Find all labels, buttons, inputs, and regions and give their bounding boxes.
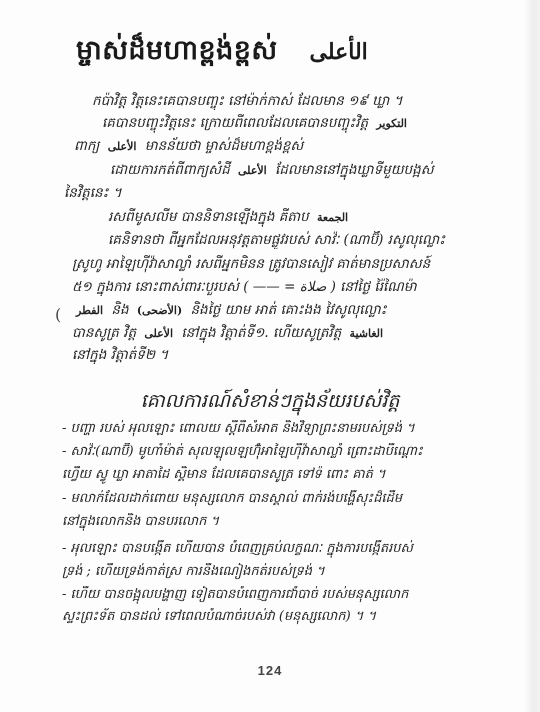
bullet-text: - ហើយ បានចង្អុលបង្ហាញ ទៀតបានបំពេញការជាំប… — [62, 587, 408, 602]
intro-line: នៅក្នុង វិត្តាត់ទី២ ។ — [72, 346, 322, 364]
intro-line: រសពីមូសលីម បាននិទានឡើងក្នុង គីតាប الجمعة — [108, 208, 508, 227]
intro-line-text: គេបានបញ្ចុះវិត្តនេះ ក្រោយពីពេលដែលគេបានបញ… — [102, 115, 368, 131]
bullet-text: - បញ្ហា របស់ អុលឡោះ ពោលយ ស្ដីពីសំអាត និង… — [62, 421, 415, 436]
bullet-item: នៅក្នុងលោកនិង បានបរលោក ។ — [62, 513, 524, 531]
bullet-text: - អុលឡោះ បានបង្កើត ហើយបាន បំពេញគ្រប់លក្ខ… — [62, 541, 413, 556]
intro-line-text: ៥១ ក្នុងការ នោះពាស់ពារៈបួរបស់ ( —— = صلا… — [72, 279, 417, 295]
intro-line: នៃវិត្តនេះ ។ — [64, 184, 264, 202]
bullet-text: ហ្វើយ ស្វូ ឃ្លា អាតាដៃ ស្គិមាន ដែលគេបានស… — [62, 467, 386, 482]
arabic-word: الأعلى — [144, 327, 173, 340]
arabic-word: الغاشية — [350, 327, 384, 340]
intro-line-text: រសពីមូសលីម បាននិទានឡើងក្នុង គីតាប — [108, 209, 309, 225]
arabic-word: الجمعة — [317, 211, 348, 224]
intro-line-text: នៅក្នុង វិត្តាត់ទី១. ហើយសូត្រវិត្ត — [181, 325, 341, 341]
bullet-item: ទ្រង់ ; ហើយទ្រង់កាត់ស្រ ការនឹងណៀងកត់របស់… — [62, 563, 524, 581]
intro-line-text: មានន័យថា ម្ចាស់ដ៏មហាខ្ពង់ខ្ពស់ — [145, 138, 304, 154]
bullet-item: - សាវ៉ៈ(ណាប៊ី) មូហាំម៉ាត់ សុលឡុលឡហ៊ុំអាឡ… — [62, 443, 524, 461]
intro-line-text: និងថ្ងៃ យាម អាត់ គោះងង វៃសូលុល្លោះ — [190, 302, 386, 318]
intro-line: ៥១ ក្នុងការ នោះពាស់ពារៈបួរបស់ ( —— = صلا… — [72, 278, 528, 296]
intro-line-text: ស្រូហូ អាឡៃហ៊ីវ៉ាសាល្លាំ រសពីអ្នកមិនន ត្… — [72, 256, 430, 272]
scanned-page: ម្ចាស់ដ៏មហាខ្ពង់ខ្ពស់ الأعلى កប៉ាវិត្ត វ… — [0, 0, 540, 712]
arabic-word: الفطر — [76, 304, 103, 317]
bullet-text: - មលាក់ដែលដាក់ពោយ មនុស្សលោក បានស្គាល់ ពា… — [62, 491, 402, 506]
intro-line: الفطر និង (الأضحى) និងថ្ងៃ យាម អាត់ គោះង… — [72, 301, 528, 320]
intro-line-text: និង — [111, 302, 132, 318]
bullet-item: - បញ្ហា របស់ អុលឡោះ ពោលយ ស្ដីពីសំអាត និង… — [62, 420, 524, 438]
bullet-item: - ហើយ បានចង្អុលបង្ហាញ ទៀតបានបំពេញការជាំប… — [62, 586, 524, 604]
intro-line-text: ពាក្យ — [74, 138, 99, 154]
intro-line: គេបានបញ្ចុះវិត្តនេះ ក្រោយពីពេលដែលគេបានបញ… — [102, 114, 522, 133]
bullet-text: នៅក្នុងលោកនិង បានបរលោក ។ — [62, 514, 219, 529]
intro-line-text: កប៉ាវិត្ត វិត្តនេះគេបានបញ្ចុះ នៅម៉ាក់កាស… — [92, 93, 403, 109]
intro-line-text: ដោយការកត់ពីពាក្យសំដី — [110, 162, 230, 178]
bullet-text: - សាវ៉ៈ(ណាប៊ី) មូហាំម៉ាត់ សុលឡុលឡហ៊ុំអាឡ… — [62, 444, 423, 459]
section-heading: គោលការណ៍សំខាន់ៗក្នុងន័យរបស់វិត្ត — [0, 389, 540, 417]
title-khmer: ម្ចាស់ដ៏មហាខ្ពង់ខ្ពស់ — [76, 35, 278, 66]
bullet-text: ស្ទះព្រះទ័ត បានដល់ ទៅពេលបំណាច់របស់វា (មន… — [62, 609, 376, 624]
intro-line-text: បានសូត្រ វិត្ត — [72, 325, 136, 341]
intro-line-text: នៃវិត្តនេះ ។ — [64, 185, 122, 201]
intro-line-text: នៅក្នុង វិត្តាត់ទី២ ។ — [72, 347, 168, 363]
margin-mark: ( — [55, 305, 61, 324]
bullet-item: - អុលឡោះ បានបង្កើត ហើយបាន បំពេញគ្រប់លក្ខ… — [62, 540, 524, 558]
arabic-word: الأعلى — [238, 164, 267, 177]
bullet-item: ហ្វើយ ស្វូ ឃ្លា អាតាដៃ ស្គិមាន ដែលគេបានស… — [62, 466, 524, 484]
title-arabic: الأعلى — [310, 39, 368, 65]
bullet-item: ស្ទះព្រះទ័ត បានដល់ ទៅពេលបំណាច់របស់វា (មន… — [62, 608, 524, 626]
arabic-word: الأعلى — [108, 140, 137, 153]
intro-line: ដោយការកត់ពីពាក្យសំដី الأعلى ដែលមាននៅក្នុ… — [110, 161, 530, 180]
intro-line: បានសូត្រ វិត្ត الأعلى នៅក្នុង វិត្តាត់ទី… — [72, 324, 528, 343]
arabic-word: (الأضحى) — [137, 304, 182, 317]
binding-shadow — [524, 0, 540, 712]
arabic-word: التكوير — [376, 117, 407, 130]
intro-line: ស្រូហូ អាឡៃហ៊ីវ៉ាសាល្លាំ រសពីអ្នកមិនន ត្… — [72, 255, 528, 273]
intro-line-text: ដែលមាននៅក្នុងឃ្លាទីមួយបង្អស់ — [275, 162, 434, 178]
intro-line-text: គេនិទានថា ពីអ្នកដែលអនុវត្តតាមផ្លូវរបស់ ស… — [108, 232, 445, 248]
page-title: ម្ចាស់ដ៏មហាខ្ពង់ខ្ពស់ الأعلى — [76, 34, 368, 73]
page-number: 124 — [0, 663, 540, 678]
intro-line: គេនិទានថា ពីអ្នកដែលអនុវត្តតាមផ្លូវរបស់ ស… — [108, 231, 528, 249]
intro-line: ពាក្យ الأعلى មានន័យថា ម្ចាស់ដ៏មហាខ្ពង់ខ្… — [74, 137, 504, 156]
bullet-text: ទ្រង់ ; ហើយទ្រង់កាត់ស្រ ការនឹងណៀងកត់របស់… — [62, 564, 325, 579]
bullet-item: - មលាក់ដែលដាក់ពោយ មនុស្សលោក បានស្គាល់ ពា… — [62, 490, 524, 508]
intro-line: កប៉ាវិត្ត វិត្តនេះគេបានបញ្ចុះ នៅម៉ាក់កាស… — [92, 92, 512, 110]
